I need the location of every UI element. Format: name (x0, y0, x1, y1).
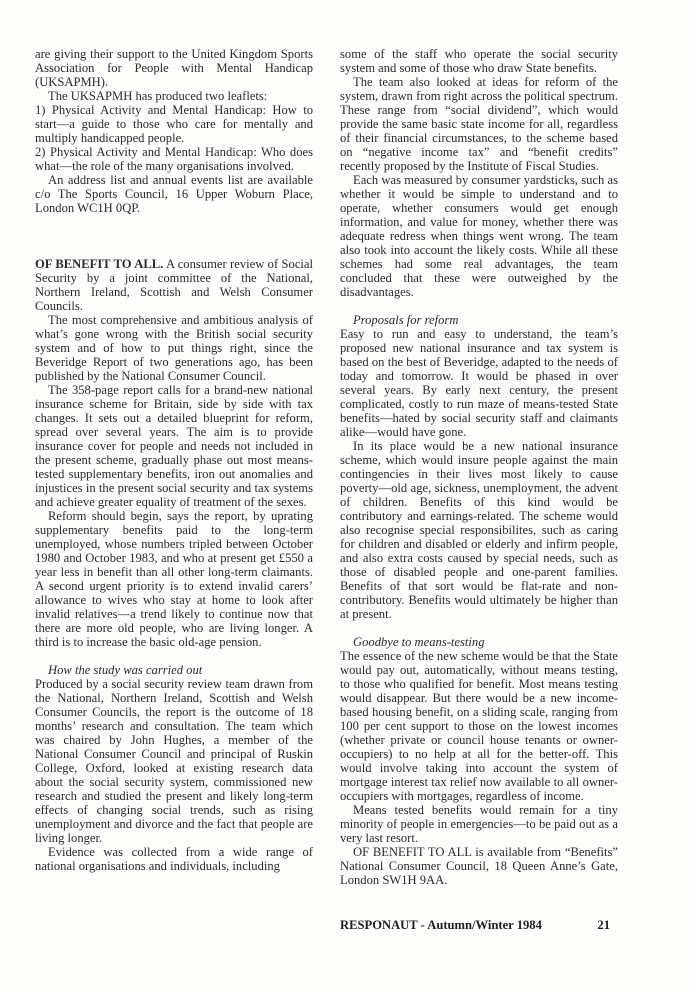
article-title: OF BENEFIT TO ALL. (35, 257, 163, 271)
spacer (35, 649, 313, 663)
left-column: are giving their support to the United K… (35, 47, 313, 873)
paragraph: Means tested benefits would remain for a… (340, 803, 618, 845)
paragraph: The UKSAPMH has produced two leaflets: (35, 89, 313, 103)
magazine-page: are giving their support to the United K… (0, 0, 690, 989)
page-number: 21 (597, 918, 618, 933)
paragraph: Each was measured by consumer yardsticks… (340, 173, 618, 299)
section-heading: Goodbye to means-testing (340, 635, 618, 649)
section-heading: Proposals for reform (340, 313, 618, 327)
paragraph: Produced by a social security review tea… (35, 677, 313, 845)
paragraph: are giving their support to the United K… (35, 47, 313, 89)
paragraph: In its place would be a new national ins… (340, 439, 618, 621)
spacer (340, 621, 618, 635)
right-column: some of the staff who operate the social… (340, 47, 618, 887)
section-heading: How the study was carried out (35, 663, 313, 677)
page-footer: RESPONAUT - Autumn/Winter 1984 21 (340, 918, 618, 933)
paragraph: Reform should begin, says the report, by… (35, 509, 313, 649)
paragraph: The most comprehensive and ambitious ana… (35, 313, 313, 383)
spacer (35, 215, 313, 257)
paragraph: Easy to run and easy to understand, the … (340, 327, 618, 439)
paragraph: some of the staff who operate the social… (340, 47, 618, 75)
paragraph: An address list and annual events list a… (35, 173, 313, 215)
paragraph: The essence of the new scheme would be t… (340, 649, 618, 803)
paragraph: Evidence was collected from a wide range… (35, 845, 313, 873)
list-item: 1) Physical Activity and Mental Handicap… (35, 103, 313, 145)
paragraph: The 358-page report calls for a brand-ne… (35, 383, 313, 509)
spacer (340, 299, 618, 313)
publication-title: RESPONAUT - Autumn/Winter 1984 (340, 918, 542, 933)
list-item: 2) Physical Activity and Mental Handicap… (35, 145, 313, 173)
paragraph: OF BENEFIT TO ALL is available from “Ben… (340, 845, 618, 887)
article-lede: OF BENEFIT TO ALL. A consumer review of … (35, 257, 313, 313)
paragraph: The team also looked at ideas for reform… (340, 75, 618, 173)
